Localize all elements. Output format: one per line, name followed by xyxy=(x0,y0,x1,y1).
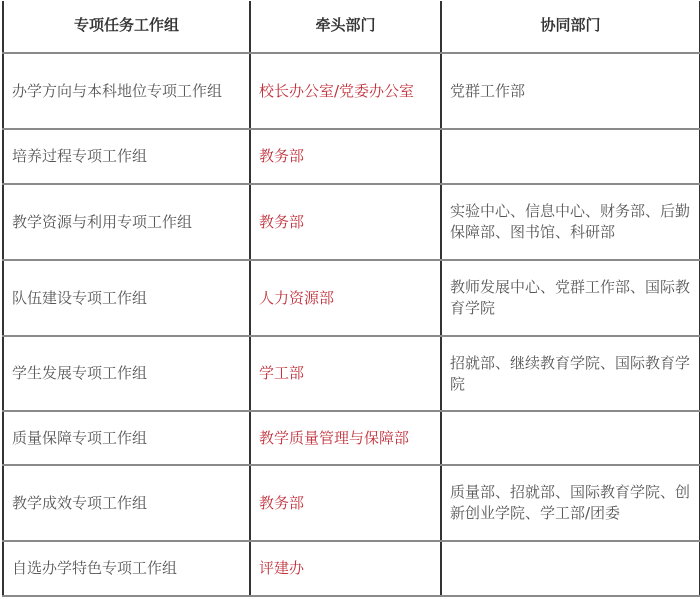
header-task-group: 专项任务工作组 xyxy=(3,0,250,53)
task-group-table: 专项任务工作组 牵头部门 协同部门 办学方向与本科地位专项工作组 校长办公室/党… xyxy=(2,0,700,597)
lead-department-cell: 学工部 xyxy=(250,336,441,411)
header-lead-department: 牵头部门 xyxy=(250,0,441,53)
table-row: 教学资源与利用专项工作组 教务部 实验中心、信息中心、财务部、后勤保障部、图书馆… xyxy=(3,184,700,260)
lead-department-cell: 校长办公室/党委办公室 xyxy=(250,53,441,129)
task-group-cell: 培养过程专项工作组 xyxy=(3,129,250,184)
table-row: 质量保障专项工作组 教学质量管理与保障部 xyxy=(3,411,700,465)
table-row: 教学成效专项工作组 教务部 质量部、招就部、国际教育学院、创新创业学院、学工部/… xyxy=(3,465,700,541)
task-group-cell: 自选办学特色专项工作组 xyxy=(3,541,250,596)
collab-departments-cell xyxy=(441,411,700,465)
table-row: 队伍建设专项工作组 人力资源部 教师发展中心、党群工作部、国际教育学院 xyxy=(3,260,700,336)
collab-departments-cell xyxy=(441,541,700,596)
lead-department-cell: 教务部 xyxy=(250,184,441,260)
collab-departments-cell: 实验中心、信息中心、财务部、后勤保障部、图书馆、科研部 xyxy=(441,184,700,260)
collab-departments-cell: 质量部、招就部、国际教育学院、创新创业学院、学工部/团委 xyxy=(441,465,700,541)
task-group-cell: 教学资源与利用专项工作组 xyxy=(3,184,250,260)
table-row: 自选办学特色专项工作组 评建办 xyxy=(3,541,700,596)
table-row: 办学方向与本科地位专项工作组 校长办公室/党委办公室 党群工作部 xyxy=(3,53,700,129)
task-group-cell: 办学方向与本科地位专项工作组 xyxy=(3,53,250,129)
collab-departments-cell: 教师发展中心、党群工作部、国际教育学院 xyxy=(441,260,700,336)
task-group-cell: 学生发展专项工作组 xyxy=(3,336,250,411)
task-group-cell: 队伍建设专项工作组 xyxy=(3,260,250,336)
top-edge xyxy=(0,0,700,1)
lead-department-cell: 评建办 xyxy=(250,541,441,596)
collab-departments-cell: 党群工作部 xyxy=(441,53,700,129)
table-row: 培养过程专项工作组 教务部 xyxy=(3,129,700,184)
lead-department-cell: 教务部 xyxy=(250,129,441,184)
table-header-row: 专项任务工作组 牵头部门 协同部门 xyxy=(3,0,700,53)
task-group-cell: 教学成效专项工作组 xyxy=(3,465,250,541)
lead-department-cell: 人力资源部 xyxy=(250,260,441,336)
collab-departments-cell xyxy=(441,129,700,184)
header-collaborating-departments: 协同部门 xyxy=(441,0,700,53)
lead-department-cell: 教务部 xyxy=(250,465,441,541)
table-row: 学生发展专项工作组 学工部 招就部、继续教育学院、国际教育学院 xyxy=(3,336,700,411)
collab-departments-cell: 招就部、继续教育学院、国际教育学院 xyxy=(441,336,700,411)
lead-department-cell: 教学质量管理与保障部 xyxy=(250,411,441,465)
task-group-cell: 质量保障专项工作组 xyxy=(3,411,250,465)
